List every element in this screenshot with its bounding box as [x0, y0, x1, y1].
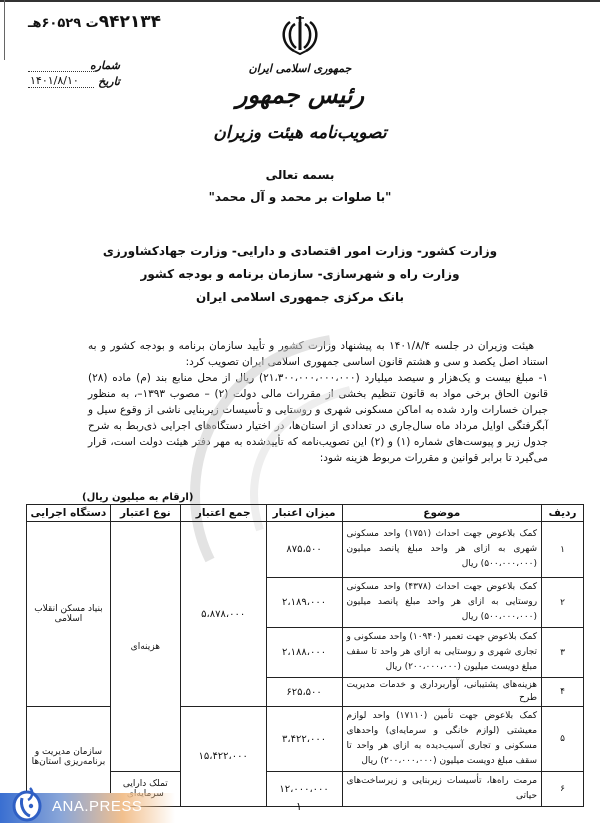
row-index: ۳: [542, 628, 584, 678]
executing-agency: بنیاد مسکن انقلاب اسلامی: [27, 522, 111, 707]
row-subject: هزینه‌های پشتیبانی، آواربرداری و خدمات م…: [342, 678, 542, 707]
brand-name: ANA.PRESS: [52, 798, 142, 815]
row-subject: کمک بلاعوض جهت تأمین (۱۷۱۱۰) واحد لوازم …: [342, 707, 542, 772]
row-amount: ۲،۱۸۹،۰۰۰: [266, 578, 342, 628]
table-unit-note: (ارقام به میلیون ریال): [82, 492, 193, 503]
recipient-line: وزارت راه و شهرسازی- سازمان برنامه و بود…: [0, 263, 600, 286]
row-index: ۲: [542, 578, 584, 628]
row-index: ۵: [542, 707, 584, 772]
row-amount: ۳،۴۲۲،۰۰۰: [266, 707, 342, 772]
decree-clause-1: ۱- مبلغ بیست و یک‌هزار و سیصد میلیارد (۲…: [88, 370, 548, 466]
salawat-line: "با صلوات بر محمد و آل محمد": [0, 190, 600, 204]
column-header-credit-type: نوع اعتبار: [110, 505, 180, 522]
column-header-amount: میزان اعتبار: [266, 505, 342, 522]
page-top-border: [0, 0, 600, 2]
column-header-index: ردیف: [542, 505, 584, 522]
page-left-border: [4, 0, 5, 60]
ana-logo-icon: [10, 784, 44, 822]
row-index: ۱: [542, 522, 584, 578]
row-amount: ۱۲،۰۰۰،۰۰۰: [266, 772, 342, 807]
row-index: ۴: [542, 678, 584, 707]
column-header-subject: موضوع: [342, 505, 542, 522]
group-total: ۵،۸۷۸،۰۰۰: [180, 522, 266, 707]
document-page: ۹۴۲۱۳۴ت ۶۰۵۲۹هـ شماره تاریخ ۱۴۰۱/۸/۱۰ جم…: [0, 0, 600, 823]
reference-number-handwritten: ۹۴۲۱۳۴: [99, 12, 161, 32]
decree-intro: هیئت وزیران در جلسه ۱۴۰۱/۸/۴ به پیشنهاد …: [88, 338, 548, 370]
recipient-line: بانک مرکزی جمهوری اسلامی ایران: [0, 286, 600, 309]
reference-number-suffix: ت ۶۰۵۲۹هـ: [28, 16, 99, 31]
decree-body: هیئت وزیران در جلسه ۱۴۰۱/۸/۴ به پیشنهاد …: [88, 338, 548, 466]
row-subject: کمک بلاعوض جهت تعمیر (۱۰۹۴۰) واحد مسکونی…: [342, 628, 542, 678]
office-title: رئیس جمهور: [0, 80, 600, 109]
group-total: ۱۵،۴۲۲،۰۰۰: [180, 707, 266, 807]
credit-type: هزینه‌ای: [110, 522, 180, 772]
row-subject: کمک بلاعوض جهت احداث (۴۳۷۸) واحد مسکونی …: [342, 578, 542, 628]
row-subject: مرمت راه‌ها، تأسیسات زیربنایی و زیرساخت‌…: [342, 772, 542, 807]
recipient-line: وزارت کشور- وزارت امور اقتصادی و دارایی-…: [0, 240, 600, 263]
table-header-row: ردیف موضوع میزان اعتبار جمع اعتبار نوع ا…: [27, 505, 584, 522]
country-name: جمهوری اسلامی ایران: [0, 62, 600, 75]
iran-emblem-icon: [280, 14, 320, 56]
table-row: ۱ کمک بلاعوض جهت احداث (۱۷۵۱) واحد مسکون…: [27, 522, 584, 578]
row-amount: ۶۲۵،۵۰۰: [266, 678, 342, 707]
allocation-table: ردیف موضوع میزان اعتبار جمع اعتبار نوع ا…: [26, 504, 584, 807]
table-row: ۵ کمک بلاعوض جهت تأمین (۱۷۱۱۰) واحد لواز…: [27, 707, 584, 772]
reference-number: ۹۴۲۱۳۴ت ۶۰۵۲۹هـ: [28, 12, 161, 32]
row-subject: کمک بلاعوض جهت احداث (۱۷۵۱) واحد مسکونی …: [342, 522, 542, 578]
document-type-title: تصویب‌نامه هیئت وزیران: [0, 123, 600, 143]
row-index: ۶: [542, 772, 584, 807]
row-amount: ۲،۱۸۸،۰۰۰: [266, 628, 342, 678]
column-header-agency: دستگاه اجرایی: [27, 505, 111, 522]
page-number: ۱: [296, 800, 302, 813]
basmala: بسمه تعالی: [0, 168, 600, 182]
recipients-list: وزارت کشور- وزارت امور اقتصادی و دارایی-…: [0, 240, 600, 309]
column-header-total: جمع اعتبار: [180, 505, 266, 522]
row-amount: ۸۷۵،۵۰۰: [266, 522, 342, 578]
